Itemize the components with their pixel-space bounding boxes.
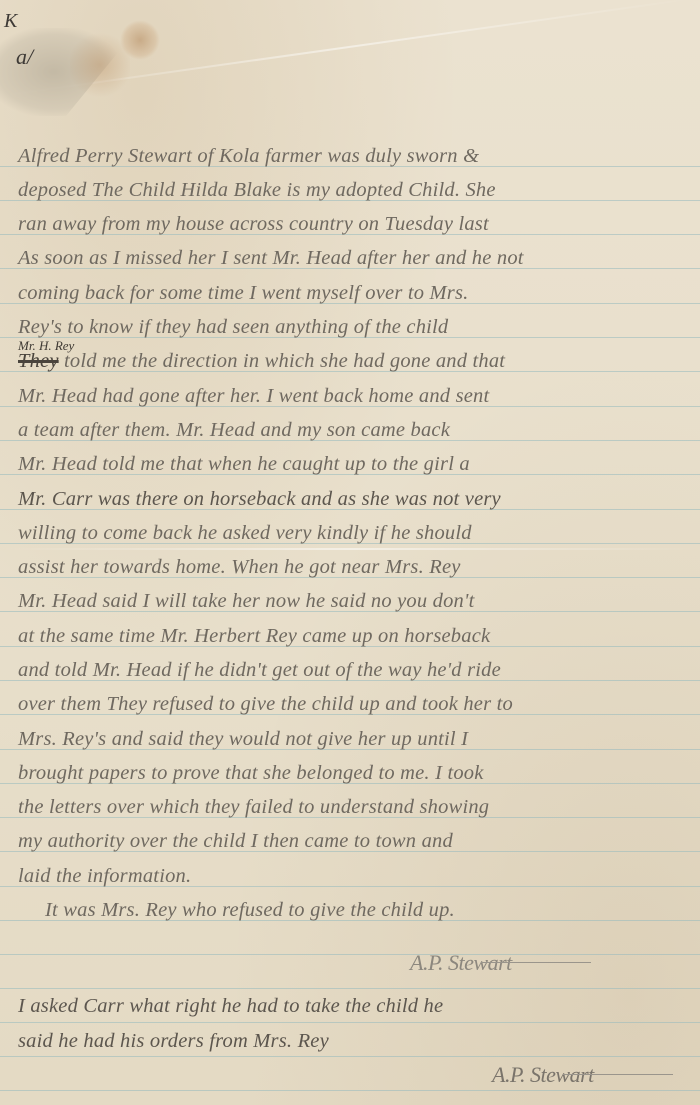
- body-line: a team after them. Mr. Head and my son c…: [18, 420, 450, 441]
- postscript-line: said he had his orders from Mrs. Rey: [18, 1031, 329, 1052]
- ruled-line: [0, 1090, 700, 1091]
- postscript-line: I asked Carr what right he had to take t…: [18, 996, 443, 1017]
- body-line: Mr. Head said I will take her now he sai…: [18, 591, 474, 612]
- body-line: brought papers to prove that she belonge…: [18, 763, 484, 784]
- document-page: K a/ Alfred Perry Stewart of Kola farmer…: [0, 0, 700, 1105]
- body-line: laid the information.: [18, 866, 191, 887]
- ruled-line: [0, 1056, 700, 1057]
- water-stain: [120, 20, 160, 60]
- corner-mark: a/: [16, 44, 33, 70]
- body-line: willing to come back he asked very kindl…: [18, 523, 472, 544]
- ruled-line: [0, 988, 700, 989]
- body-line: Mr. Head had gone after her. I went back…: [18, 386, 489, 407]
- signature: A.P. Stewart: [492, 1062, 594, 1088]
- body-line: and told Mr. Head if he didn't get out o…: [18, 660, 501, 681]
- body-line: coming back for some time I went myself …: [18, 283, 469, 304]
- body-line: Rey's to know if they had seen anything …: [18, 317, 448, 338]
- body-line: They told me the direction in which she …: [18, 351, 505, 372]
- body-line: the letters over which they failed to un…: [18, 797, 489, 818]
- addendum-line: It was Mrs. Rey who refused to give the …: [45, 900, 455, 921]
- body-line: As soon as I missed her I sent Mr. Head …: [18, 248, 524, 269]
- body-line: Alfred Perry Stewart of Kola farmer was …: [18, 146, 479, 167]
- body-line: my authority over the child I then came …: [18, 831, 453, 852]
- body-line-text: told me the direction in which she had g…: [64, 350, 505, 372]
- body-line: Mr. Carr was there on horseback and as s…: [18, 489, 501, 510]
- signature: A.P. Stewart: [410, 950, 512, 976]
- body-line: assist her towards home. When he got nea…: [18, 557, 461, 578]
- ruled-line: [0, 954, 700, 955]
- body-line: deposed The Child Hilda Blake is my adop…: [18, 180, 496, 201]
- ruled-line: [0, 1022, 700, 1023]
- struck-word: They: [18, 350, 59, 372]
- body-line: Mrs. Rey's and said they would not give …: [18, 729, 468, 750]
- body-line: at the same time Mr. Herbert Rey came up…: [18, 626, 490, 647]
- body-line: ran away from my house across country on…: [18, 214, 489, 235]
- body-line: Mr. Head told me that when he caught up …: [18, 454, 470, 475]
- paper-fold: [0, 548, 700, 550]
- body-line: over them They refused to give the child…: [18, 694, 513, 715]
- corner-mark: K: [4, 10, 17, 33]
